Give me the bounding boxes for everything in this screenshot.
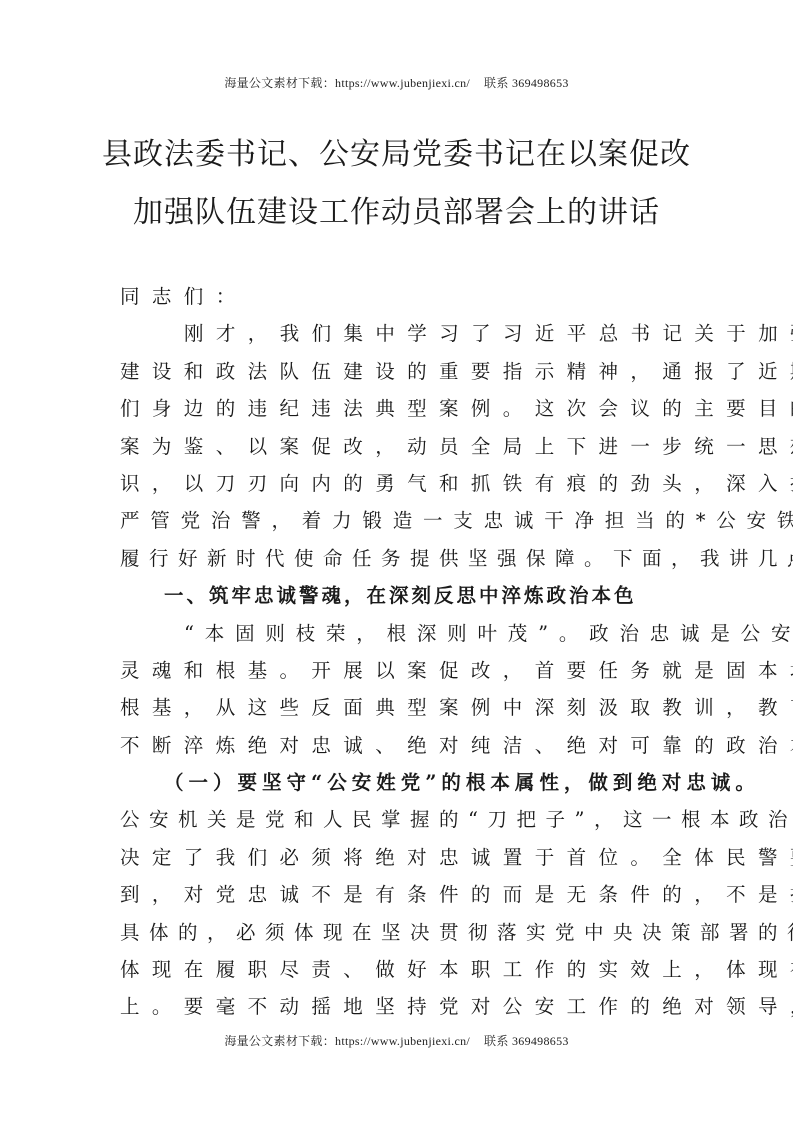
section-heading-1: 一、筑牢忠诚警魂，在深刻反思中淬炼政治本色 bbox=[120, 577, 676, 614]
document-body: 同志们： 刚才，我们集中学习了习近平总书记关于加强党的作风 建设和政法队伍建设的… bbox=[120, 278, 676, 1026]
document-title-line-2: 加强队伍建设工作动员部署会上的讲话 bbox=[0, 198, 793, 228]
paragraph-line: 决定了我们必须将绝对忠诚置于首位。全体民警要深刻认识 bbox=[120, 839, 676, 876]
paragraph-line: 上。要毫不动摇地坚持党对公安工作的绝对领导，不断提高 bbox=[120, 988, 676, 1025]
paragraph-line: 根基，从这些反面典型案例中深刻汲取教训，教育引导全警 bbox=[120, 689, 676, 726]
paragraph-line: 严管党治警，着力锻造一支忠诚干净担当的*公安铁军，为 bbox=[120, 502, 676, 539]
paragraph-line: 到，对党忠诚不是有条件的而是无条件的，不是抽象的而是 bbox=[120, 876, 676, 913]
paragraph-line: 体现在履职尽责、做好本职工作的实效上，体现在日常言行 bbox=[120, 951, 676, 988]
paragraph-line: 识，以刀刃向内的勇气和抓铁有痕的劲头，深入推进全面从 bbox=[120, 465, 676, 502]
document-page: 海量公文素材下载：https://www.jubenjiexi.cn/联系 36… bbox=[0, 0, 793, 1122]
paragraph-line: 灵魂和根基。开展以案促改，首要任务就是固本培元、筑牢 bbox=[120, 652, 676, 689]
subsection-heading-1: （一）要坚守“公安姓党”的根本属性，做到绝对忠诚。 bbox=[120, 764, 676, 801]
paragraph-line: 建设和政法队伍建设的重要指示精神，通报了近期发生在我 bbox=[120, 353, 676, 390]
footer-download-label: 海量公文素材下载： bbox=[224, 1034, 335, 1048]
paragraph-line: 案为鉴、以案促改，动员全局上下进一步统一思想、提高认 bbox=[120, 428, 676, 465]
header-download-label: 海量公文素材下载： bbox=[224, 76, 335, 90]
paragraph-line: 不断淬炼绝对忠诚、绝对纯洁、绝对可靠的政治本色。 bbox=[120, 727, 676, 764]
footer-watermark: 海量公文素材下载：https://www.jubenjiexi.cn/联系 36… bbox=[0, 1032, 793, 1049]
paragraph-line: 具体的，必须体现在坚决贯彻落实党中央决策部署的行动上， bbox=[120, 914, 676, 951]
salutation: 同志们： bbox=[120, 278, 676, 315]
paragraph-line: 履行好新时代使命任务提供坚强保障。下面，我讲几点意见。 bbox=[120, 540, 676, 577]
footer-contact-number: 369498653 bbox=[512, 1034, 569, 1048]
paragraph-line: 刚才，我们集中学习了习近平总书记关于加强党的作风 bbox=[120, 315, 676, 352]
paragraph-line: 公安机关是党和人民掌握的“刀把子”，这一根本政治属性 bbox=[120, 801, 676, 838]
footer-contact-label: 联系 bbox=[484, 1034, 509, 1048]
header-contact-number: 369498653 bbox=[512, 76, 569, 90]
header-url-link[interactable]: https://www.jubenjiexi.cn/ bbox=[335, 76, 470, 90]
header-contact-label: 联系 bbox=[484, 76, 509, 90]
header-watermark: 海量公文素材下载：https://www.jubenjiexi.cn/联系 36… bbox=[0, 74, 793, 91]
paragraph-line: “本固则枝荣，根深则叶茂”。政治忠诚是公安队伍的 bbox=[120, 615, 676, 652]
paragraph-line: 们身边的违纪违法典型案例。这次会议的主要目的，就是以 bbox=[120, 390, 676, 427]
footer-url-link[interactable]: https://www.jubenjiexi.cn/ bbox=[335, 1034, 470, 1048]
document-title-line-1: 县政法委书记、公安局党委书记在以案促改 bbox=[0, 140, 793, 170]
